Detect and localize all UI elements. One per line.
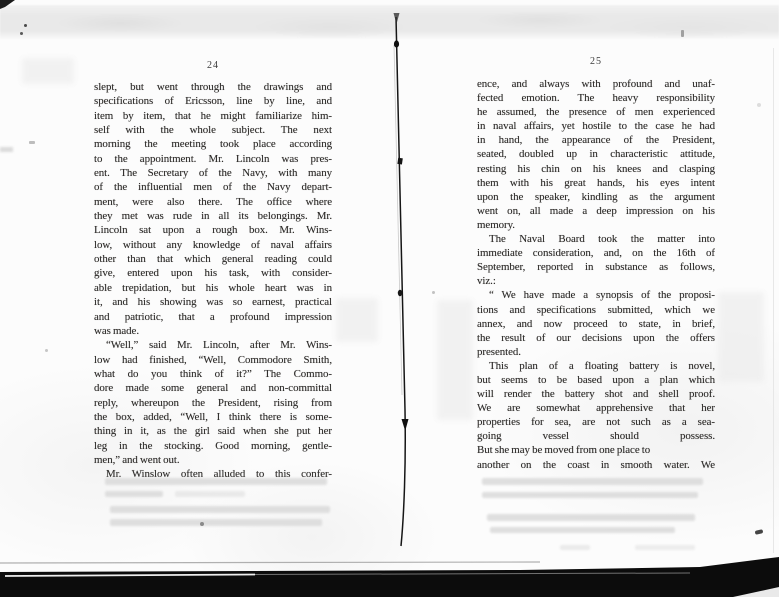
scanner-bed-strip [0,0,779,597]
scanned-book-spread: 24 slept, but went through the drawings … [0,0,779,597]
